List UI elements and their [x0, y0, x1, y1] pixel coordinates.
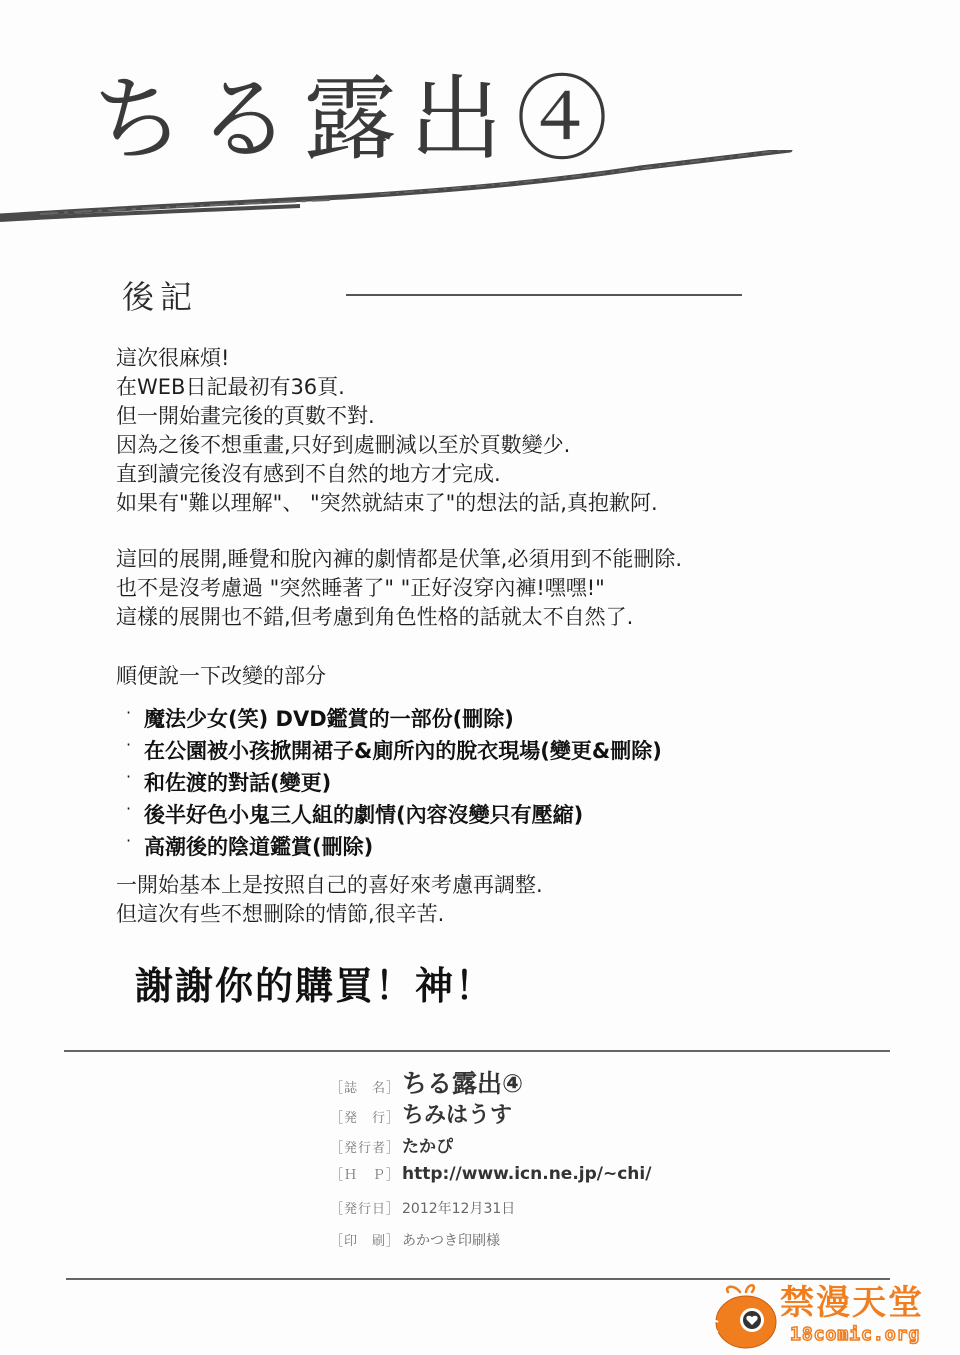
colophon-row-circle: ［発 行］ ちみはうす	[330, 1098, 651, 1132]
paragraph-intro: 這次很麻煩! 在WEB日記最初有36頁. 但一開始畫完後的頁數不對. 因為之後不…	[116, 344, 658, 518]
colophon-label: ［誌 名］	[330, 1077, 402, 1096]
list-item-text: 後半好色小鬼三人組的劇情(內容沒變只有壓縮)	[144, 799, 583, 831]
bullet-dot-icon: ·	[126, 735, 144, 755]
changes-list: · 魔法少女(笑) DVD鑑賞的一部份(刪除) · 在公園被小孩掀開裙子&廁所內…	[126, 703, 662, 863]
whale-mascot-icon	[712, 1278, 778, 1350]
colophon-label: ［Ｈ Ｐ］	[330, 1164, 402, 1183]
list-item-text: 在公園被小孩掀開裙子&廁所內的脫衣現場(變更&刪除)	[144, 735, 662, 767]
homepage-link[interactable]: http://www.icn.ne.jp/~chi/	[402, 1164, 651, 1184]
heading-rule	[346, 294, 742, 296]
list-item: · 魔法少女(笑) DVD鑑賞的一部份(刪除)	[126, 703, 662, 735]
text-line: 直到讀完後沒有感到不自然的地方才完成.	[116, 460, 658, 489]
colophon-label: ［発行者］	[330, 1137, 402, 1156]
text-line: 但一開始畫完後的頁數不對.	[116, 402, 658, 431]
list-item: · 後半好色小鬼三人組的劇情(內容沒變只有壓縮)	[126, 799, 662, 831]
text-line: 順便說一下改變的部分	[116, 662, 326, 691]
bullet-dot-icon: ·	[126, 831, 144, 851]
bullet-dot-icon: ·	[126, 703, 144, 723]
text-line: 因為之後不想重畫,只好到處刪減以至於頁數變少.	[116, 431, 658, 460]
colophon-value: たかぴ	[402, 1132, 453, 1157]
text-line: 也不是沒考慮過 "突然睡著了" "正好沒穿內褲!嘿嘿!"	[116, 574, 682, 603]
document-page: ちる露出④ 後記 這次很麻煩! 在WEB日記最初有36頁. 但一開始畫完後的頁數…	[0, 0, 960, 1355]
watermark-url: 18comic.org	[790, 1326, 920, 1344]
bullet-dot-icon: ·	[126, 799, 144, 819]
bullet-dot-icon: ·	[126, 767, 144, 787]
colophon-row-homepage: ［Ｈ Ｐ］ http://www.icn.ne.jp/~chi/	[330, 1164, 651, 1198]
paragraph-changes-intro: 順便說一下改變的部分	[116, 662, 326, 691]
colophon-value: あかつき印刷様	[402, 1230, 500, 1250]
list-item-text: 和佐渡的對話(變更)	[144, 767, 331, 799]
text-line: 如果有"難以理解"、 "突然就結束了"的想法的話,真抱歉阿.	[116, 489, 658, 518]
text-line: 但這次有些不想刪除的情節,很辛苦.	[116, 900, 543, 929]
colophon-row-printer: ［印 刷］ あかつき印刷様	[330, 1230, 651, 1260]
paragraph-closing: 一開始基本上是按照自己的喜好來考慮再調整. 但這次有些不想刪除的情節,很辛苦.	[116, 871, 543, 929]
text-line: 在WEB日記最初有36頁.	[116, 373, 658, 402]
colophon-row-date: ［発行日］ 2012年12月31日	[330, 1198, 651, 1230]
list-item-text: 高潮後的陰道鑑賞(刪除)	[144, 831, 373, 863]
colophon-value: ちみはうす	[402, 1098, 512, 1129]
colophon-label: ［印 刷］	[330, 1230, 402, 1249]
text-line: 一開始基本上是按照自己的喜好來考慮再調整.	[116, 871, 543, 900]
list-item: · 和佐渡的對話(變更)	[126, 767, 662, 799]
colophon-row-title: ［誌 名］ ちる露出④	[330, 1064, 651, 1098]
afterword-heading: 後記	[122, 272, 198, 318]
list-item: · 高潮後的陰道鑑賞(刪除)	[126, 831, 662, 863]
text-line: 這樣的展開也不錯,但考慮到角色性格的話就太不自然了.	[116, 603, 682, 632]
colophon-value: 2012年12月31日	[402, 1198, 515, 1218]
colophon-top-rule	[64, 1050, 890, 1052]
text-line: 這回的展開,睡覺和脫內褲的劇情都是伏筆,必須用到不能刪除.	[116, 545, 682, 574]
watermark-name: 禁漫天堂	[780, 1286, 924, 1320]
colophon-label: ［発 行］	[330, 1107, 402, 1126]
watermark-logo: 禁漫天堂 18comic.org	[712, 1278, 942, 1350]
colophon-row-publisher: ［発行者］ たかぴ	[330, 1132, 651, 1164]
colophon-label: ［発行日］	[330, 1198, 402, 1217]
brush-stroke-divider	[0, 150, 960, 230]
colophon: ［誌 名］ ちる露出④ ［発 行］ ちみはうす ［発行者］ たかぴ ［Ｈ Ｐ］ …	[330, 1064, 651, 1260]
list-item: · 在公園被小孩掀開裙子&廁所內的脫衣現場(變更&刪除)	[126, 735, 662, 767]
list-item-text: 魔法少女(笑) DVD鑑賞的一部份(刪除)	[144, 703, 514, 735]
text-line: 這次很麻煩!	[116, 344, 658, 373]
thanks-message: 謝謝你的購買！神！	[135, 955, 495, 1010]
paragraph-development: 這回的展開,睡覺和脫內褲的劇情都是伏筆,必須用到不能刪除. 也不是沒考慮過 "突…	[116, 545, 682, 632]
colophon-value: ちる露出④	[402, 1064, 523, 1100]
